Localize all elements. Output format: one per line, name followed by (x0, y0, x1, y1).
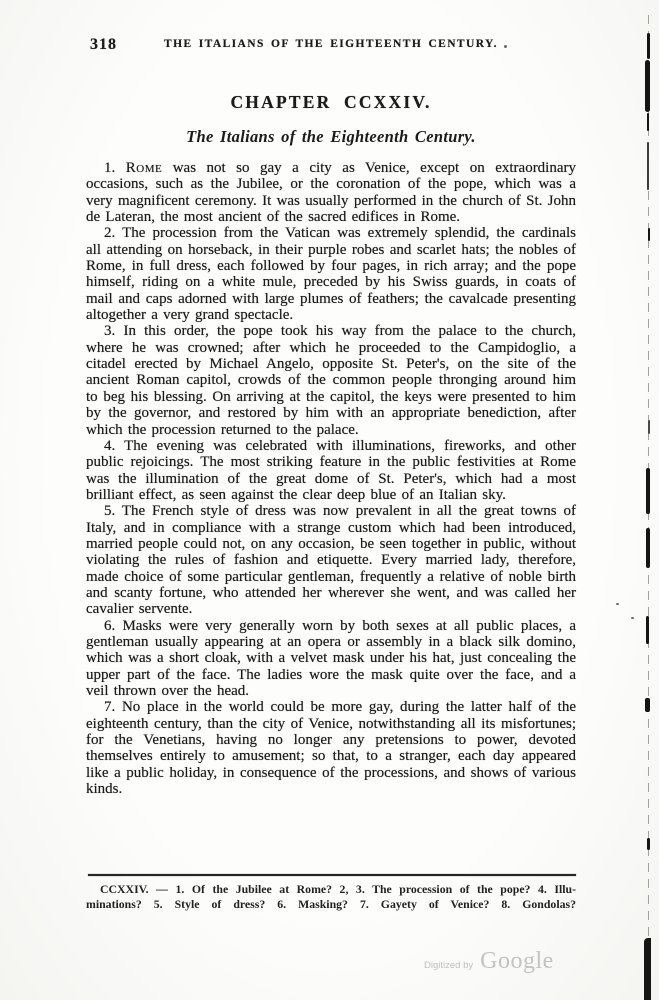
chapter-heading: CHAPTER CCXXIV. (86, 92, 576, 113)
footnote-line-1: CCXXIV. — 1. Of the Jubilee at Rome? 2, … (86, 882, 576, 897)
footnote-questions: CCXXIV. — 1. Of the Jubilee at Rome? 2, … (86, 882, 576, 911)
ink-speck (616, 603, 619, 605)
paragraph-1-number: 1. (104, 160, 126, 176)
paragraph-4: 4. The evening was celebrated with illum… (86, 438, 576, 503)
digitized-by-label: Digitized by (424, 960, 473, 971)
paragraph-1-smallcaps-word: Rome (126, 160, 162, 176)
scan-artifact (647, 33, 650, 59)
paragraph-5: 5. The French style of dress was now pre… (86, 503, 576, 617)
ink-speck (504, 45, 507, 48)
scan-artifact (646, 616, 649, 644)
scan-artifact (648, 228, 650, 241)
scanned-book-page: { "page": { "number": "318", "running_he… (0, 0, 659, 1000)
google-logo: Google (480, 948, 554, 975)
scan-artifact (647, 113, 649, 131)
paragraph-6: 6. Masks were very generally worn by bot… (86, 618, 576, 700)
scan-artifact (645, 60, 650, 112)
running-head: THE ITALIANS OF THE EIGHTEENTH CENTURY. (86, 36, 576, 50)
scan-artifact (647, 142, 649, 190)
paragraph-7: 7. No place in the world could be more g… (86, 699, 576, 797)
footnote-rule (88, 874, 576, 876)
page-number: 318 (90, 36, 117, 54)
paragraph-2: 2. The procession from the Vatican was e… (86, 225, 576, 323)
scan-artifact (647, 838, 650, 850)
page-header: 318 THE ITALIANS OF THE EIGHTEENTH CENTU… (86, 36, 576, 54)
chapter-subtitle: The Italians of the Eighteenth Century. (86, 127, 576, 147)
digitization-watermark: Digitized by Google (424, 948, 554, 975)
scan-artifact (644, 938, 651, 1000)
scan-artifact (648, 420, 650, 434)
body-text: 1. Rome was not so gay a city as Venice,… (86, 160, 576, 797)
ink-speck (631, 617, 634, 619)
footnote-line-2: minations? 5. Style of dress? 6. Masking… (86, 897, 576, 912)
scan-artifact (646, 468, 650, 514)
scan-artifact (646, 528, 650, 568)
paragraph-3: 3. In this order, the pope took his way … (86, 323, 576, 437)
scan-artifact (645, 698, 650, 712)
paragraph-1: 1. Rome was not so gay a city as Venice,… (86, 160, 576, 225)
